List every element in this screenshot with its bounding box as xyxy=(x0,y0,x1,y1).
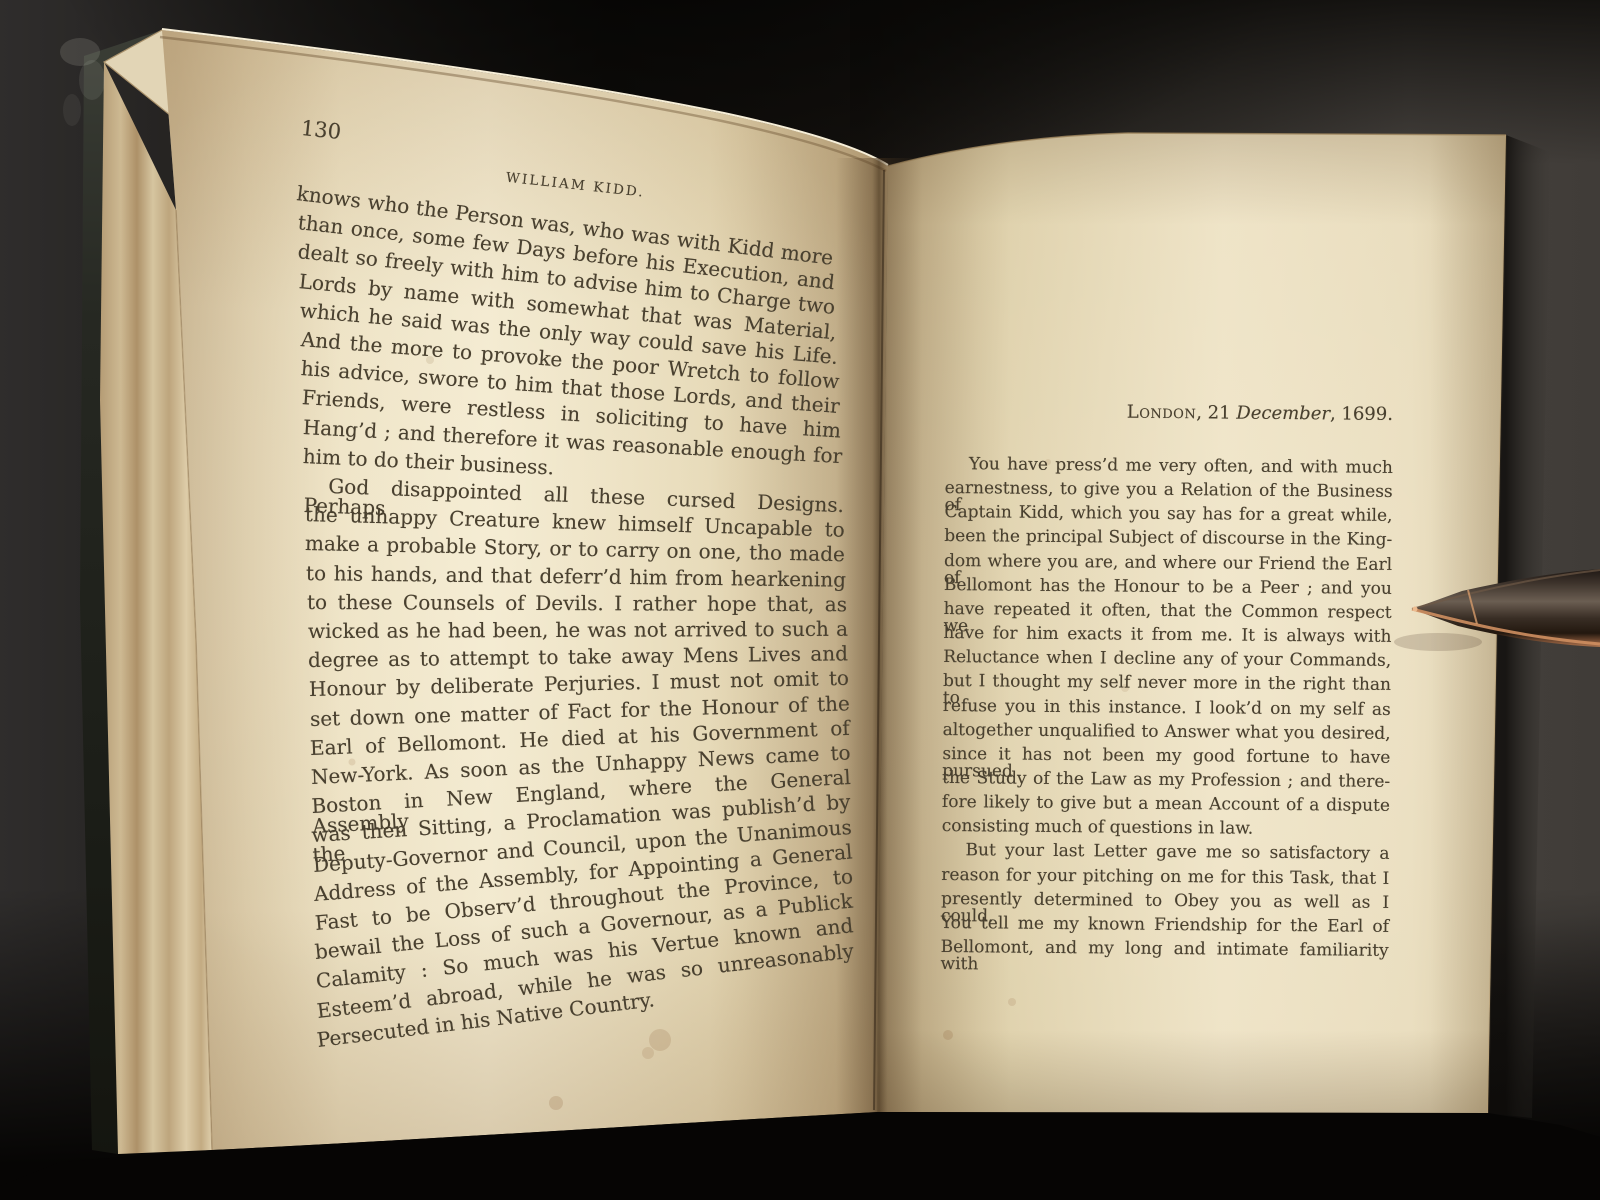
book-photo: 130 WILLIAM KIDD. knows who the Person w… xyxy=(0,0,1600,1200)
right-page-text-line: Bellomont, and my long and intimate fami… xyxy=(940,939,1388,977)
right-page-text-line: You tell me my known Friendship for the … xyxy=(941,915,1389,936)
right-page-text-line: reason for your pitching on me for this … xyxy=(941,867,1389,888)
right-page-text-line: been the principal Subject of discourse … xyxy=(944,528,1392,549)
left-page-text-line: to these Counsels of Devils. I rather ho… xyxy=(307,592,847,614)
right-page-text-line: altogether unqualified to Answer what yo… xyxy=(943,722,1391,743)
right-page-text-line: consisting much of questions in law. xyxy=(942,818,1390,839)
left-page-text-line: to his hands, and that deferr’d him from… xyxy=(306,563,846,590)
dateline-year: , 1699. xyxy=(1330,403,1393,425)
right-page-text-line: the Study of the Law as my Profession ; … xyxy=(942,770,1390,791)
dateline-place: London xyxy=(1127,402,1197,424)
right-page-text-line: have for him exacts it from me. It is al… xyxy=(943,625,1391,646)
right-page-text-line: You have press’d me very often, and with… xyxy=(945,456,1393,477)
dateline-month: December xyxy=(1236,403,1330,425)
right-page-text-line: refuse you in this instance. I look’d on… xyxy=(943,697,1391,718)
pen-tip-highlight xyxy=(1413,607,1418,612)
right-page-text-line: Reluctance when I decline any of your Co… xyxy=(943,649,1391,670)
right-page-text: You have press’d me very often, and with… xyxy=(945,456,1393,460)
dateline-day: , 21 xyxy=(1196,402,1236,423)
right-page-text-line: fore likely to give but a mean Account o… xyxy=(942,794,1390,815)
right-page-text-line: Bellomont has the Honour to be a Peer ; … xyxy=(944,577,1392,598)
page-number: 130 xyxy=(300,116,342,144)
left-page-text-line: degree as to attempt to take away Mens L… xyxy=(308,643,848,670)
left-page-text-line: wicked as he had been, he was not arrive… xyxy=(307,619,847,641)
pen-shadow xyxy=(1394,633,1482,651)
dateline: London, 21 December, 1699. xyxy=(945,400,1393,425)
right-page-text-line: But your last Letter gave me so satisfac… xyxy=(941,842,1389,863)
right-page-text-line: Captain Kidd, which you say has for a gr… xyxy=(944,504,1392,525)
left-page-text: knows who the Person was, who was with K… xyxy=(297,183,837,1073)
